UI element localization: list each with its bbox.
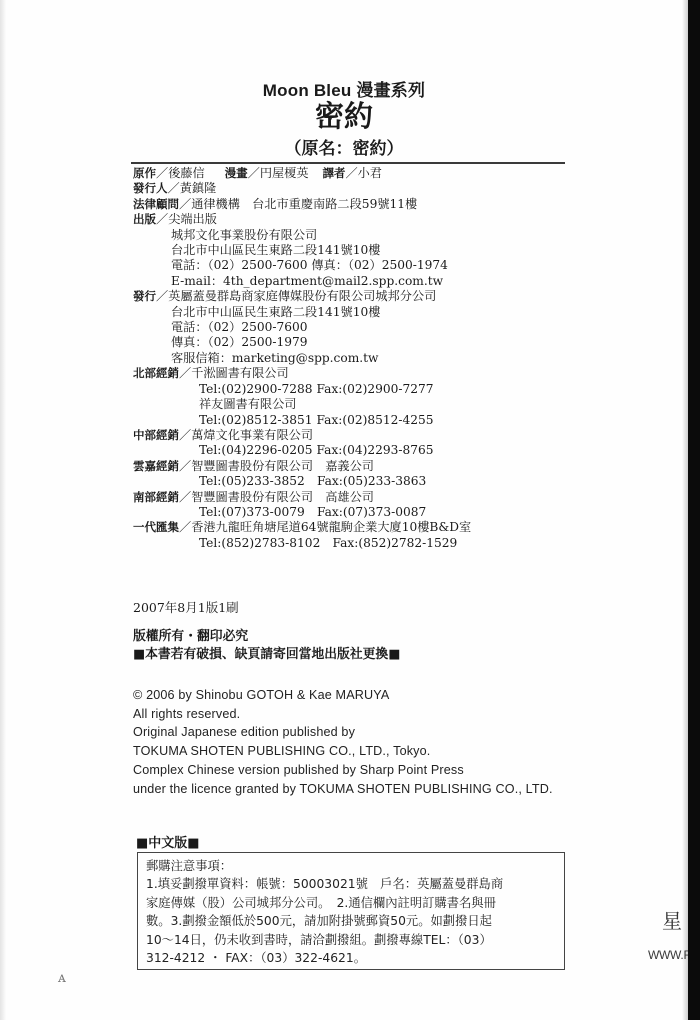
publisher-person: 黃鎮隆	[180, 181, 217, 195]
separator: ／	[179, 197, 191, 211]
distribute-label: 發行	[133, 289, 156, 303]
distributor-contact: Tel:(852)2783-8102 Fax:(852)2782-1529	[133, 536, 471, 551]
translator: 小君	[358, 166, 382, 180]
distribute-company: 英屬蓋曼群島商家庭傳媒股份有限公司城邦分公司	[168, 289, 436, 303]
distributor-hongkong: 一代匯集／香港九龍旺角塘尾道64號龍駒企業大廈10樓B&D室	[133, 520, 471, 535]
original-title: （原名：密約）	[0, 134, 688, 159]
credit-line-authors: 原作／後藤信 漫畫／円屋榎英 譯者／小君	[133, 166, 471, 181]
mail-order-line: 10～14日，仍未收到書時，請洽劃撥組。劃撥專線TEL：（03）	[146, 931, 556, 949]
distributor-company: 祥友圖書有限公司	[133, 397, 471, 412]
distribute-email: 客服信箱：marketing@spp.com.tw	[133, 351, 471, 366]
credits-block: 原作／後藤信 漫畫／円屋榎英 譯者／小君 發行人／黃鎮隆 法律顧問／通律機構 台…	[133, 166, 471, 551]
header-divider	[131, 162, 565, 164]
separator: ／	[345, 166, 357, 180]
separator: ／	[179, 366, 191, 380]
page-edge-binding	[688, 0, 700, 1020]
separator: ／	[248, 166, 260, 180]
mail-order-line: 312-4212 ・ FAX：（03）322-4621。	[146, 949, 556, 967]
distributor-label: 中部經銷	[133, 428, 179, 442]
colophon-page: Moon Bleu 漫畫系列 密約 （原名：密約） 原作／後藤信 漫畫／円屋榎英…	[0, 0, 688, 1020]
publish-label: 出版	[133, 212, 156, 226]
copyright-line: Original Japanese edition published by	[133, 723, 553, 742]
copyright-line: Complex Chinese version published by Sha…	[133, 761, 553, 780]
credit-line-publisher-person: 發行人／黃鎮隆	[133, 181, 471, 196]
publish-detail: 城邦文化事業股份有限公司	[133, 228, 471, 243]
manga-artist: 円屋榎英	[260, 166, 309, 180]
damage-return-notice: ■本書若有破損、缺頁請寄回當地出版社更換■	[133, 646, 400, 664]
distributor-north: 北部經銷／千淞圖書有限公司	[133, 366, 471, 381]
copyright-line: All rights reserved.	[133, 705, 553, 724]
manga-label: 漫畫	[225, 166, 248, 180]
rights-notice: 版權所有・翻印必究 ■本書若有破損、缺頁請寄回當地出版社更換■	[133, 628, 400, 664]
distributor-south: 南部經銷／智豐圖書股份有限公司 高雄公司	[133, 490, 471, 505]
distribute-detail: 傳真：（02）2500-1979	[133, 335, 471, 350]
separator: ／	[179, 490, 191, 504]
mail-order-line: 1.填妥劃撥單資料：帳號：50003021號 戶名：英屬蓋曼群島商	[146, 875, 556, 893]
distributor-company: 萬煒文化事業有限公司	[191, 428, 313, 442]
separator: ／	[156, 212, 168, 226]
publish-imprint: 尖端出版	[168, 212, 217, 226]
separator: ／	[168, 181, 180, 195]
distributor-contact: Tel:(07)373-0079 Fax:(07)373-0087	[133, 505, 471, 520]
distribute-detail: 電話：（02）2500-7600	[133, 320, 471, 335]
legal-counsel: 通律機構 台北市重慶南路二段59號11樓	[191, 197, 417, 211]
rights-reserved: 版權所有・翻印必究	[133, 628, 400, 646]
copyright-line: TOKUMA SHOTEN PUBLISHING CO., LTD., Toky…	[133, 742, 553, 761]
book-title: 密約	[0, 94, 688, 135]
legal-label: 法律顧問	[133, 197, 179, 211]
distributor-label: 一代匯集	[133, 520, 179, 534]
credit-line-publish: 出版／尖端出版	[133, 212, 471, 227]
scan-mark: ᴀ	[58, 970, 66, 986]
distributor-company: 智豐圖書股份有限公司 嘉義公司	[191, 459, 374, 473]
distributor-company: 千淞圖書有限公司	[191, 366, 289, 380]
original-author: 後藤信	[168, 166, 205, 180]
distributor-central: 中部經銷／萬煒文化事業有限公司	[133, 428, 471, 443]
distributor-contact: Tel:(05)233-3852 Fax:(05)233-3863	[133, 474, 471, 489]
watermark-glyph: 星	[662, 905, 682, 934]
copyright-block: © 2006 by Shinobu GOTOH & Kae MARUYA All…	[133, 686, 553, 798]
credit-line-legal: 法律顧問／通律機構 台北市重慶南路二段59號11樓	[133, 197, 471, 212]
separator: ／	[179, 428, 191, 442]
separator: ／	[156, 166, 168, 180]
separator: ／	[179, 459, 191, 473]
mail-order-line: 家庭傳媒（股）公司城邦分公司。 2.通信欄內註明訂購書名與冊	[146, 894, 556, 912]
publish-detail: 台北市中山區民生東路二段141號10樓	[133, 243, 471, 258]
credit-line-distribute: 發行／英屬蓋曼群島商家庭傳媒股份有限公司城邦分公司	[133, 289, 471, 304]
mail-order-heading: 郵購注意事項：	[146, 857, 556, 875]
mail-order-notice-box: 郵購注意事項： 1.填妥劃撥單資料：帳號：50003021號 戶名：英屬蓋曼群島…	[137, 852, 565, 970]
translator-label: 譯者	[322, 166, 345, 180]
distributor-yunjia: 雲嘉經銷／智豐圖書股份有限公司 嘉義公司	[133, 459, 471, 474]
publisher-person-label: 發行人	[133, 181, 168, 195]
chinese-edition-label: ■中文版■	[136, 832, 200, 851]
publish-detail: 電話：（02）2500-7600 傳真：（02）2500-1974	[133, 258, 471, 273]
distribute-detail: 台北市中山區民生東路二段141號10樓	[133, 305, 471, 320]
distributor-label: 南部經銷	[133, 490, 179, 504]
distributor-address: 香港九龍旺角塘尾道64號龍駒企業大廈10樓B&D室	[191, 520, 471, 534]
copyright-line: © 2006 by Shinobu GOTOH & Kae MARUYA	[133, 686, 553, 705]
publish-email: E-mail：4th_department@mail2.spp.com.tw	[133, 274, 471, 289]
separator: ／	[179, 520, 191, 534]
distributor-contact: Tel:(02)2900-7288 Fax:(02)2900-7277	[133, 382, 471, 397]
distributor-contact: Tel:(02)8512-3851 Fax:(02)8512-4255	[133, 413, 471, 428]
edition-info: 2007年8月1版1刷	[133, 598, 239, 616]
original-author-label: 原作	[133, 166, 156, 180]
distributor-label: 北部經銷	[133, 366, 179, 380]
mail-order-line: 數。3.劃撥金額低於500元，請加附掛號郵資50元。如劃撥日起	[146, 912, 556, 930]
distributor-label: 雲嘉經銷	[133, 459, 179, 473]
copyright-line: under the licence granted by TOKUMA SHOT…	[133, 780, 553, 799]
distributor-company: 智豐圖書股份有限公司 高雄公司	[191, 490, 374, 504]
distributor-contact: Tel:(04)2296-0205 Fax:(04)2293-8765	[133, 443, 471, 458]
separator: ／	[156, 289, 168, 303]
